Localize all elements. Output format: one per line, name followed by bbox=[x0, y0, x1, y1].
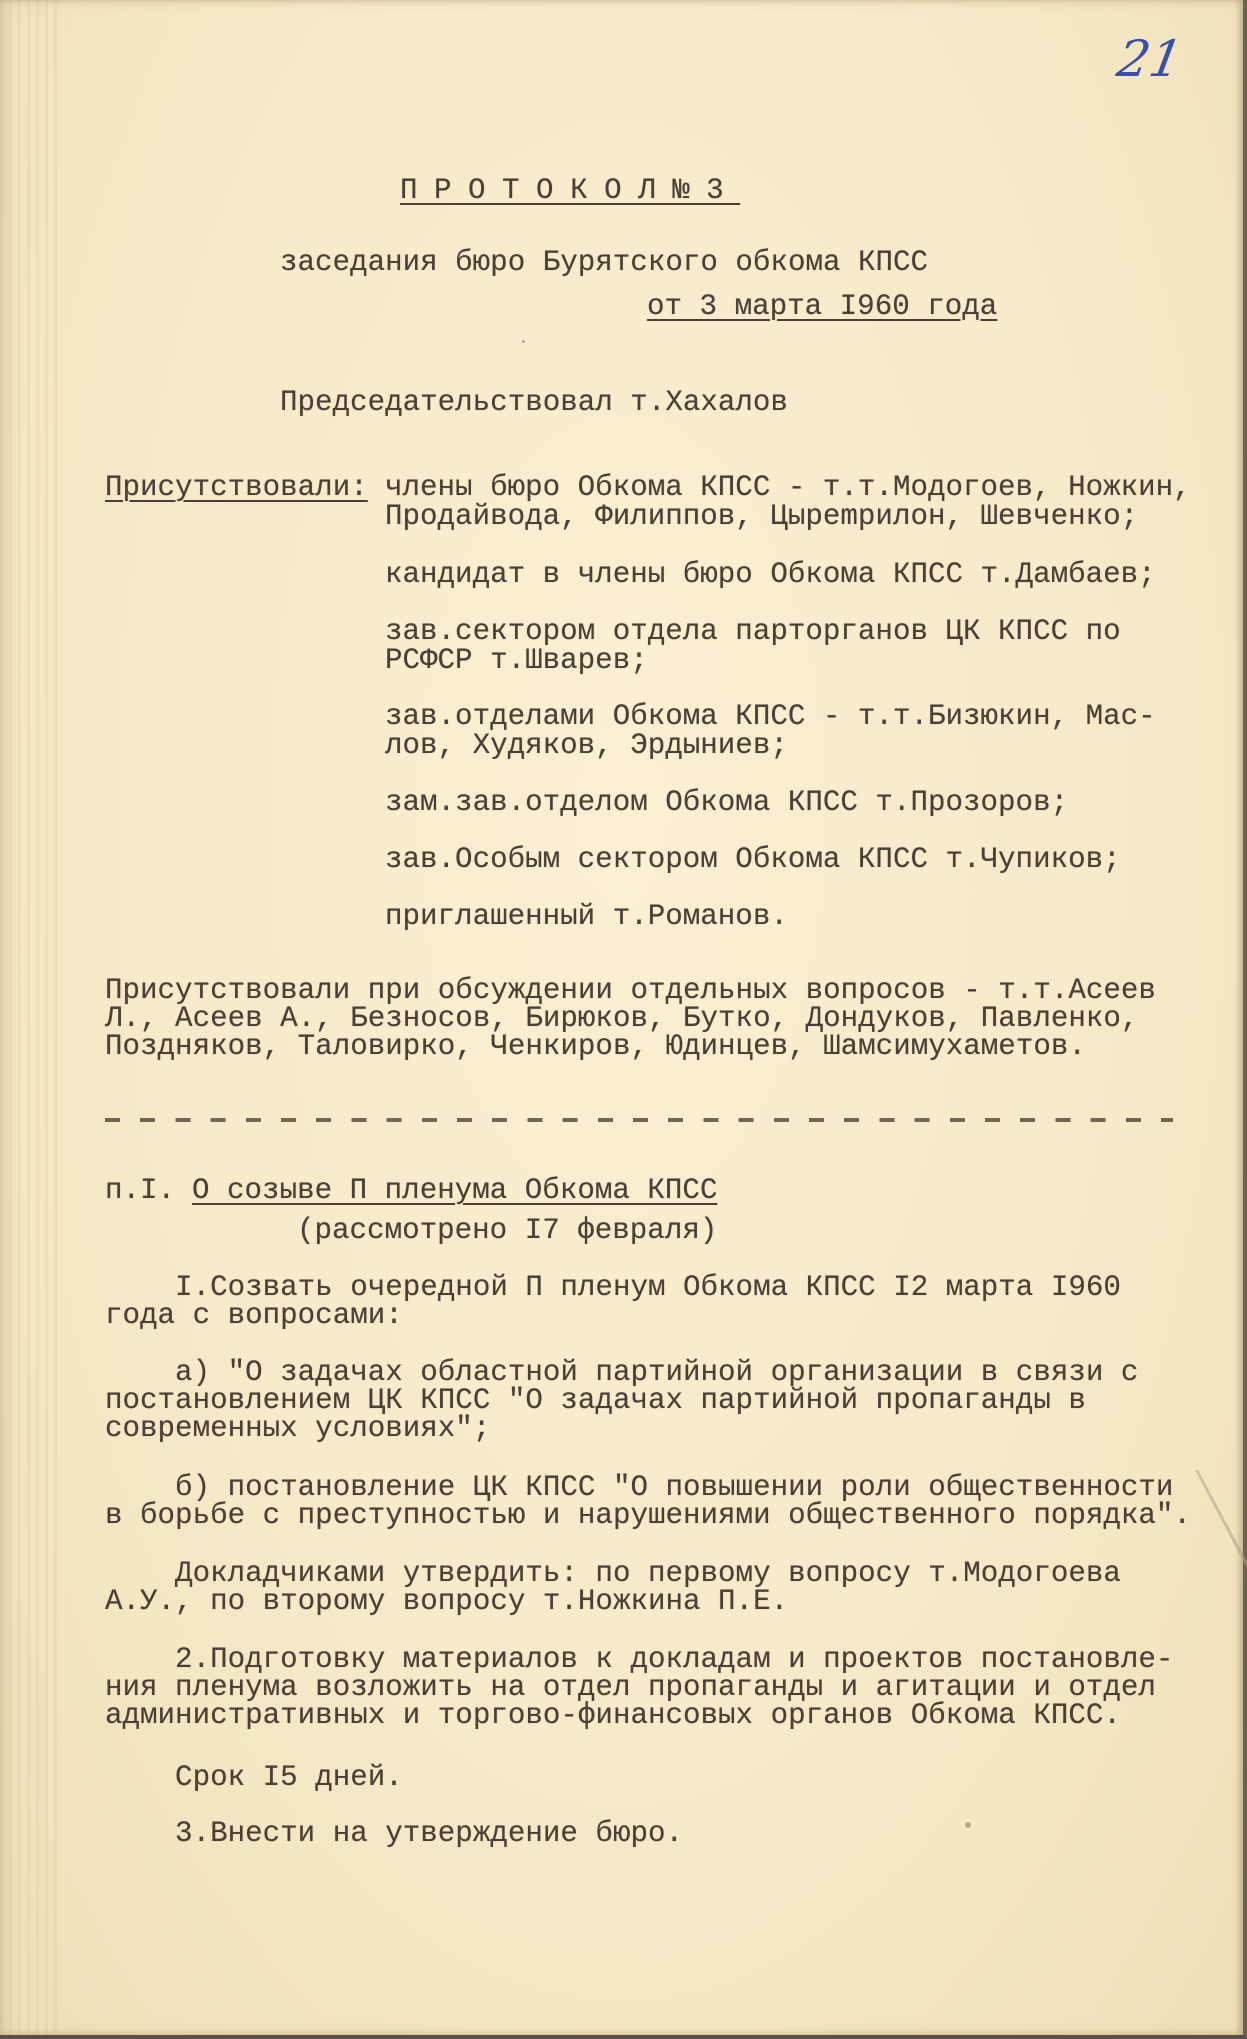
body-line: 2.Подготовку материалов к докладам и про… bbox=[105, 1645, 1173, 1674]
pencil-mark bbox=[1195, 1469, 1247, 1585]
attendee-line: приглашенный т.Романов. bbox=[385, 902, 788, 931]
body-line: ния пленума возложить на отдел пропаганд… bbox=[105, 1673, 1156, 1702]
item-note: (рассмотрено I7 февраля) bbox=[297, 1216, 717, 1245]
attendee-line: зав.отделами Обкома КПСС - т.т.Бизюкин, … bbox=[385, 702, 1156, 731]
attendee-line: РСФСР т.Шварев; bbox=[385, 646, 648, 675]
attendee-line: лов, Худяков, Эрдыниев; bbox=[385, 731, 788, 760]
body-line: Докладчиками утвердить: по первому вопро… bbox=[105, 1559, 1121, 1588]
attendee-line: зам.зав.отделом Обкома КПСС т.Прозоров; bbox=[385, 788, 1068, 817]
body-line: в борьбе с преступностью и нарушениями о… bbox=[105, 1501, 1191, 1530]
document-page: 21 ПРОТОКОЛ№3 заседания бюро Бурятского … bbox=[0, 0, 1247, 2039]
body-line: 3.Внести на утверждение бюро. bbox=[105, 1819, 683, 1848]
body-line: административных и торгово-финансовых ор… bbox=[105, 1701, 1121, 1730]
scan-streaks bbox=[0, 0, 60, 2035]
partial-attendees-line: Присутствовали при обсуждении отдельных … bbox=[105, 976, 1156, 1005]
attendee-line: зав.Особым сектором Обкома КПСС т.Чупико… bbox=[385, 845, 1121, 874]
body-line: б) постановление ЦК КПСС "О повышении ро… bbox=[105, 1473, 1173, 1502]
body-line: I.Созвать очередной П пленум Обкома КПСС… bbox=[105, 1273, 1121, 1302]
dashed-separator bbox=[105, 1118, 1173, 1122]
attendees-label: Присутствовали: bbox=[105, 473, 368, 502]
body-line: года с вопросами: bbox=[105, 1301, 403, 1330]
attendee-line: кандидат в члены бюро Обкома КПСС т.Дамб… bbox=[385, 560, 1156, 589]
document-subtitle: заседания бюро Бурятского обкома КПСС bbox=[280, 248, 928, 277]
chairman-line: Председательствовал т.Хахалов bbox=[280, 388, 788, 417]
attendee-line: зав.сектором отдела парторганов ЦК КПСС … bbox=[385, 617, 1121, 646]
body-line: современных условиях"; bbox=[105, 1414, 490, 1443]
document-title: ПРОТОКОЛ№3 bbox=[400, 176, 740, 205]
body-line: постановлением ЦК КПСС "О задачах партий… bbox=[105, 1386, 1086, 1415]
body-line: А.У., по второму вопросу т.Ножкина П.Е. bbox=[105, 1587, 788, 1616]
body-line: Срок I5 дней. bbox=[105, 1763, 403, 1792]
attendee-line: члены бюро Обкома КПСС - т.т.Модогоев, Н… bbox=[385, 473, 1191, 502]
handwritten-page-number: 21 bbox=[1113, 30, 1187, 88]
ink-speck bbox=[965, 1822, 971, 1828]
document-date: от 3 марта I960 года bbox=[647, 292, 997, 321]
ink-speck bbox=[522, 340, 525, 343]
body-line: а) "О задачах областной партийной органи… bbox=[105, 1358, 1138, 1387]
partial-attendees-line: Л., Асеев А., Безносов, Бирюков, Бутко, … bbox=[105, 1004, 1138, 1033]
partial-attendees-line: Поздняков, Таловирко, Ченкиров, Юдинцев,… bbox=[105, 1032, 1086, 1061]
item-heading: О созыве П пленума Обкома КПСС bbox=[192, 1176, 717, 1205]
item-number: п.I. bbox=[105, 1176, 175, 1205]
attendee-line: Продайвода, Филиппов, Цырempилон, Шевчен… bbox=[385, 502, 1138, 531]
